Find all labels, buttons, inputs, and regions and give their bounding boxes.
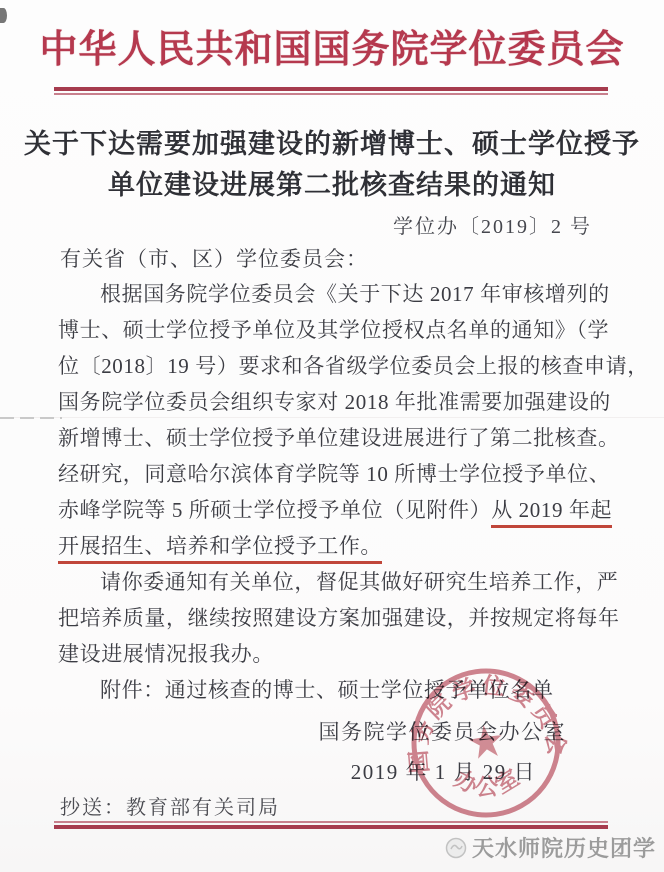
body-segment: 新增博士、硕士学位授予单位建设进展进行了第二批核查。 bbox=[58, 426, 620, 450]
body-segment-red-underlined: 开展招生、培养和学位授予工作。 bbox=[58, 534, 382, 564]
seal-bottom-text: 办公室 bbox=[447, 757, 527, 806]
watermark-logo-icon bbox=[445, 837, 467, 859]
body-segment: 赤峰学院等 5 所硕士学位授予单位（见附件） bbox=[58, 498, 491, 522]
body-line: 国务院学位委员会组织专家对 2018 年批准需要加强建设的 bbox=[58, 387, 612, 423]
cc-line: 抄送：教育部有关司局 bbox=[60, 791, 280, 820]
body-segment: 根据国务院学位委员会《关于下达 2017 年审核增列的 bbox=[100, 282, 610, 306]
body-segment-red-underlined: 从 2019 年起 bbox=[491, 498, 612, 528]
body-segment: 请你委通知有关单位，督促其做好研究生培养工作，严 bbox=[100, 570, 618, 594]
official-seal: 国务院学位委员会 办公室 bbox=[398, 660, 574, 826]
body-line: 位〔2018〕19 号）要求和各省级学位委员会上报的核查申请， bbox=[58, 351, 612, 387]
body-line: 把培养质量，继续按照建设方案加强建设，并按规定将每年 bbox=[58, 603, 612, 639]
watermark-text: 天水师院历史团学 bbox=[472, 832, 656, 863]
body-line: 新增博士、硕士学位授予单位建设进展进行了第二批核查。 bbox=[58, 423, 612, 459]
body-line: 赤峰学院等 5 所硕士学位授予单位（见附件）从 2019 年起 bbox=[58, 495, 612, 531]
body-line: 根据国务院学位委员会《关于下达 2017 年审核增列的 bbox=[58, 279, 612, 315]
body-segment: 位〔2018〕19 号）要求和各省级学位委员会上报的核查申请， bbox=[58, 354, 649, 378]
seal-ring-text: 国务院学位委员会 bbox=[398, 661, 571, 778]
svg-text:国务院学位委员会: 国务院学位委员会 bbox=[398, 661, 571, 778]
body-segment: 把培养质量，继续按照建设方案加强建设，并按规定将每年 bbox=[58, 606, 620, 630]
scanned-document-page: 中华人民共和国国务院学位委员会 关于下达需要加强建设的新增博士、硕士学位授予 单… bbox=[0, 0, 664, 872]
scan-crease bbox=[0, 417, 62, 419]
salutation: 有关省（市、区）学位委员会： bbox=[60, 243, 368, 273]
body-line: 博士、硕士学位授予单位及其学位授权点名单的通知》（学 bbox=[58, 315, 612, 351]
body-segment: 国务院学位委员会组织专家对 2018 年批准需要加强建设的 bbox=[58, 390, 611, 414]
doc-number: 学位办〔2019〕2 号 bbox=[393, 210, 592, 239]
body-segment: 经研究，同意哈尔滨体育学院等 10 所博士学位授予单位、 bbox=[58, 462, 610, 486]
body-text: 根据国务院学位委员会《关于下达 2017 年审核增列的博士、硕士学位授予单位及其… bbox=[58, 279, 612, 711]
doc-title-line2: 单位建设进展第二批核查结果的通知 bbox=[0, 165, 664, 206]
doc-title: 关于下达需要加强建设的新增博士、硕士学位授予 单位建设进展第二批核查结果的通知 bbox=[0, 124, 664, 206]
footer-divider bbox=[54, 821, 608, 830]
seal-star-icon bbox=[467, 723, 504, 760]
body-line: 请你委通知有关单位，督促其做好研究生培养工作，严 bbox=[58, 567, 612, 603]
body-segment: 建设进展情况报我办。 bbox=[58, 642, 274, 666]
letterhead-divider bbox=[54, 87, 608, 96]
letterhead-title: 中华人民共和国国务院学位委员会 bbox=[0, 18, 664, 73]
body-line: 开展招生、培养和学位授予工作。 bbox=[58, 531, 612, 567]
watermark: 天水师院历史团学 bbox=[445, 832, 656, 863]
svg-text:办公室: 办公室 bbox=[447, 757, 527, 806]
doc-title-line1: 关于下达需要加强建设的新增博士、硕士学位授予 bbox=[0, 124, 664, 165]
body-line: 经研究，同意哈尔滨体育学院等 10 所博士学位授予单位、 bbox=[58, 459, 612, 495]
body-segment: 博士、硕士学位授予单位及其学位授权点名单的通知》（学 bbox=[58, 318, 609, 342]
